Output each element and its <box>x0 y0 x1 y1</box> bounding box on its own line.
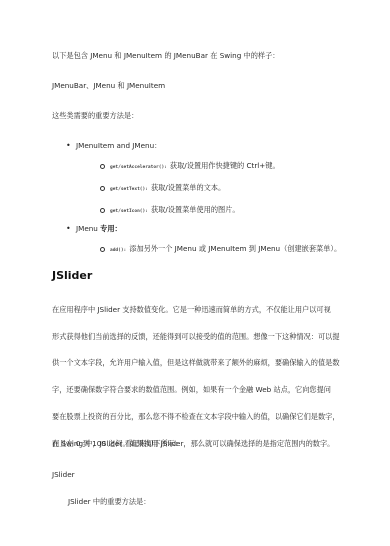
bullet-dot-icon: • <box>66 141 71 150</box>
circle-bullet-icon <box>100 186 105 191</box>
section-heading-jslider: JSlider <box>52 269 92 282</box>
intro-text: 以下是包含 JMenu 和 JMenuItem 的 JMenuBar 在 Swi… <box>52 51 280 60</box>
method-desc: 添加另外一个 JMenu 或 JMenuItem 到 JMenu（创建嵌套菜单）… <box>129 244 341 253</box>
bullet-jmenu-label: JMenu 专用： <box>76 224 122 233</box>
method-item: get/setText():获取/设置菜单的文本。 <box>110 183 225 194</box>
method-code: get/setIcon(): <box>110 209 148 214</box>
paragraph-line: 字，还要确保数字符合要求的数值范围。例如，如果有一个金融 Web 站点，它向您提… <box>52 377 352 404</box>
document-page: 以下是包含 JMenu 和 JMenuItem 的 JMenuBar 在 Swi… <box>0 0 390 546</box>
method-code: get/setText(): <box>110 187 148 192</box>
method-code: get/setAccelerator(): <box>110 165 167 170</box>
method-desc: 获取/设置用作快捷键的 Ctrl+键。 <box>170 161 280 170</box>
method-desc: 获取/设置菜单的文本。 <box>151 183 225 192</box>
paragraph-line: 供一个文本字段，允许用户输入值，但是这样做就带来了额外的麻烦，要确保输入的值是数 <box>52 350 352 377</box>
method-code: add(): <box>110 248 126 253</box>
jslider-paragraph: 在应用程序中 JSlider 支持数值变化。它是一种迅速而简单的方式，不仅能让用… <box>52 297 352 457</box>
circle-bullet-icon <box>100 164 105 169</box>
circle-bullet-icon <box>100 208 105 213</box>
method-item: add():添加另外一个 JMenu 或 JMenuItem 到 JMenu（创… <box>110 244 341 255</box>
bullet-jmenu-bold: 专用： <box>100 224 122 233</box>
paragraph-line: 在应用程序中 JSlider 支持数值变化。它是一种迅速而简单的方式，不仅能让用… <box>52 297 352 324</box>
jslider-methods-intro: JSlider 中的重要方法是： <box>68 497 150 506</box>
swing-line: 在 Swing 中，JSlider 看起来如下所示： <box>52 439 182 448</box>
paragraph-line: 要在股票上投资的百分比，那么您不得不检查在文本字段中输入的值，以确保它们是数字， <box>52 404 352 431</box>
bullet-jmenu-name: JMenu <box>76 224 98 233</box>
jslider-caption: JSlider <box>52 470 75 479</box>
bullet-jmenuitem-label: JMenuItem and JMenu： <box>76 141 161 150</box>
method-desc: 获取/设置菜单使用的图片。 <box>151 205 240 214</box>
method-item: get/setIcon():获取/设置菜单使用的图片。 <box>110 205 240 216</box>
classes-line: JMenuBar、JMenu 和 JMenuItem <box>52 81 165 90</box>
bullet-dot-icon: • <box>66 224 71 233</box>
method-item: get/setAccelerator():获取/设置用作快捷键的 Ctrl+键。 <box>110 161 280 172</box>
paragraph-line: 形式获得他们当前选择的反馈，还能得到可以接受的值的范围。想像一下这种情况：可以提 <box>52 324 352 351</box>
circle-bullet-icon <box>100 247 105 252</box>
methods-intro: 这些类需要的重要方法是： <box>52 111 138 120</box>
